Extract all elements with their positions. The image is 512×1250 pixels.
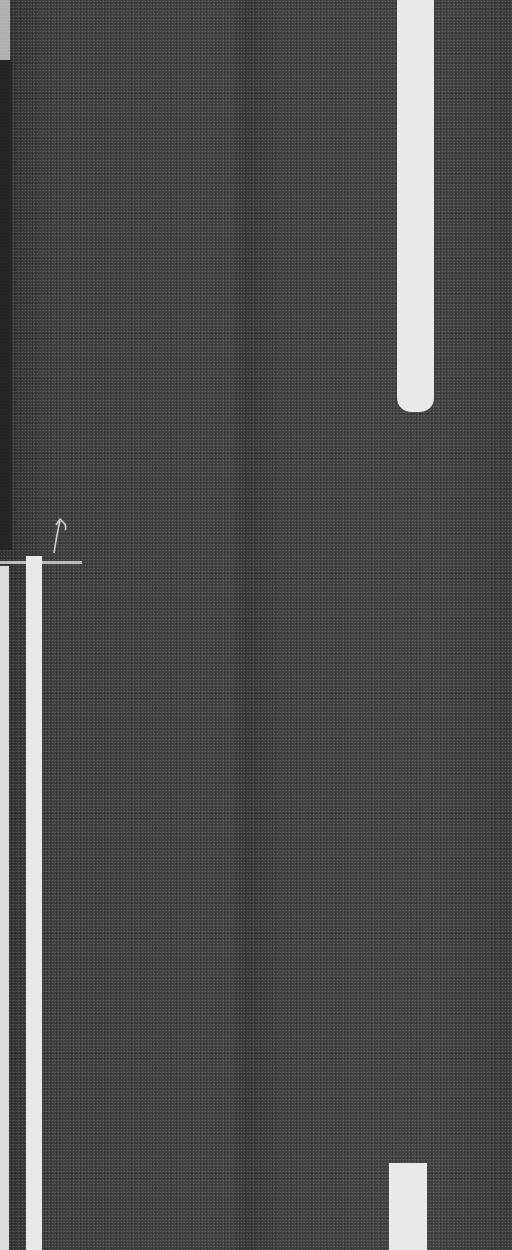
road-surface bbox=[0, 0, 512, 1250]
solid-edge-line-inner bbox=[26, 556, 42, 1250]
direction-arrow-icon bbox=[50, 515, 70, 555]
dashed-lane-line-lower bbox=[389, 1163, 427, 1250]
asphalt-texture bbox=[0, 0, 512, 1250]
edge-marking-fragment bbox=[0, 0, 10, 60]
dashed-lane-line-upper bbox=[397, 0, 434, 412]
solid-edge-line-outer bbox=[0, 566, 9, 1250]
road-shoulder-shadow bbox=[0, 60, 12, 550]
